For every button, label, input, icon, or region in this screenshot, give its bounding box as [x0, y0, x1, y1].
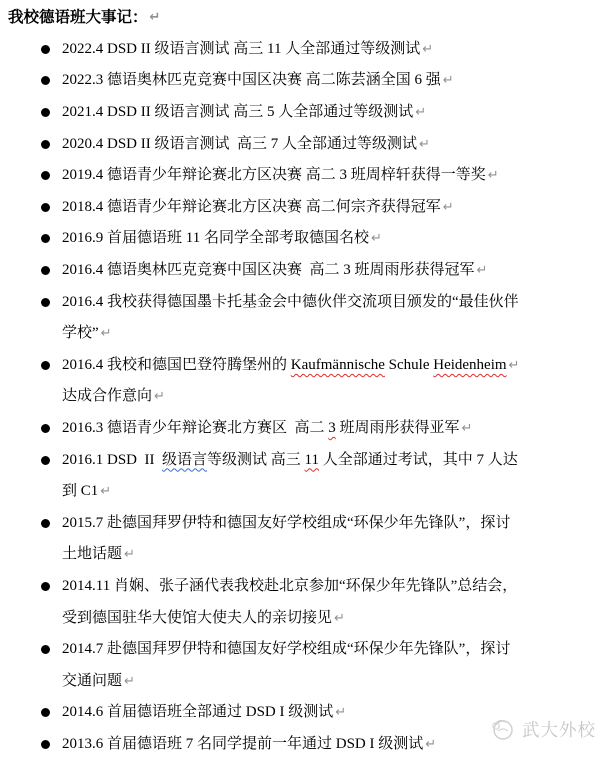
list-item-continuation: 学校”↵ — [0, 318, 609, 350]
flagged-text-run: 3 — [328, 421, 336, 436]
paragraph-mark-icon: ↵ — [425, 738, 436, 751]
list-item: 2016.9 首届德语班 11 名同学全部考取德国名校↵ — [0, 223, 609, 255]
list-item: 2016.4 我校获得德国墨卡托基金会中德伙伴交流项目颁发的“最佳伙伴 — [0, 286, 609, 318]
bullet-icon — [41, 266, 50, 275]
text-run: 2014.6 首届德语班全部通过 DSD I 级测试 — [62, 705, 333, 720]
list-item: 2016.4 我校和德国巴登符腾堡州的 Kaufmännische Schule… — [0, 350, 609, 382]
bullet-icon — [41, 45, 50, 54]
list-item-continuation: 土地话题↵ — [0, 539, 609, 571]
text-run: 2018.4 德语青少年辩论赛北方区决赛 高二何宗齐获得冠军 — [62, 200, 441, 215]
bullet-icon — [41, 708, 50, 717]
text-run: 达成合作意向 — [62, 389, 152, 404]
bullet-icon — [41, 519, 50, 528]
bullet-icon — [41, 76, 50, 85]
text-run: 2014.7 赴德国拜罗伊特和德国友好学校组成“环保少年先锋队”，探讨 — [62, 642, 510, 657]
flagged-text-run: Kaufmännische — [291, 358, 385, 373]
paragraph-mark-icon: ↵ — [443, 74, 454, 87]
bullet-icon — [41, 171, 50, 180]
list-item: 2019.4 德语青少年辩论赛北方区决赛 高二 3 班周梓轩获得一等奖↵ — [0, 160, 609, 192]
text-run: 等级测试 高三 — [207, 453, 305, 468]
text-run: 2016.4 德语奥林匹克竞赛中国区决赛 高二 3 班周雨彤获得冠军 — [62, 263, 475, 278]
text-run: 2014.11 肖娴、张子涵代表我校赴北京参加“环保少年先锋队”总结会， — [62, 579, 517, 594]
bullet-icon — [41, 140, 50, 149]
paragraph-mark-icon: ↵ — [124, 548, 135, 561]
paragraph-mark-icon: ↵ — [422, 43, 433, 56]
text-run: 班周雨彤获得亚军 — [336, 421, 460, 436]
list-item: 2014.11 肖娴、张子涵代表我校赴北京参加“环保少年先锋队”总结会， — [0, 571, 609, 603]
text-run: 土地话题 — [62, 547, 122, 562]
text-run: 2022.3 德语奥林匹克竞赛中国区决赛 高二陈芸涵全国 6 强 — [62, 73, 441, 88]
paragraph-mark-icon: ↵ — [371, 232, 382, 245]
school-logo-icon — [487, 714, 517, 744]
paragraph-mark-icon: ↵ — [154, 390, 165, 403]
text-run: 2019.4 德语青少年辩论赛北方区决赛 高二 3 班周梓轩获得一等奖 — [62, 168, 486, 183]
watermark: 武大外校 — [487, 714, 596, 744]
watermark-text: 武大外校 — [522, 717, 596, 742]
list-item-continuation: 到 C1↵ — [0, 476, 609, 508]
list-item: 2016.4 德语奥林匹克竞赛中国区决赛 高二 3 班周雨彤获得冠军↵ — [0, 255, 609, 287]
list-item: 2014.7 赴德国拜罗伊特和德国友好学校组成“环保少年先锋队”，探讨 — [0, 634, 609, 666]
bullet-icon — [41, 234, 50, 243]
bullet-icon — [41, 645, 50, 654]
paragraph-mark-icon: ↵ — [509, 359, 520, 372]
text-run: 到 C1 — [62, 484, 98, 499]
paragraph-mark-icon: ↵ — [477, 264, 488, 277]
text-run: Schule — [385, 358, 433, 373]
document-body[interactable]: 我校德语班大事记：↵2022.4 DSD II 级语言测试 高三 11 人全部通… — [0, 0, 609, 761]
text-run: 2020.4 DSD II 级语言测试 高三 7 人全部通过等级测试 — [62, 137, 417, 152]
list-item: 2021.4 DSD II 级语言测试 高三 5 人全部通过等级测试↵ — [0, 97, 609, 129]
text-run: 2016.4 我校获得德国墨卡托基金会中德伙伴交流项目颁发的“最佳伙伴 — [62, 295, 519, 310]
paragraph-mark-icon: ↵ — [124, 675, 135, 688]
bullet-icon — [41, 203, 50, 212]
text-run: 2021.4 DSD II 级语言测试 高三 5 人全部通过等级测试 — [62, 105, 413, 120]
paragraph-mark-icon: ↵ — [334, 612, 345, 625]
flagged-text-run: Heidenheim — [433, 358, 506, 373]
list-item: 2018.4 德语青少年辩论赛北方区决赛 高二何宗齐获得冠军↵ — [0, 192, 609, 224]
bullet-icon — [41, 108, 50, 117]
paragraph-mark-icon: ↵ — [488, 169, 499, 182]
text-run: 2015.7 赴德国拜罗伊特和德国友好学校组成“环保少年先锋队”，探讨 — [62, 516, 510, 531]
list-item: 2015.7 赴德国拜罗伊特和德国友好学校组成“环保少年先锋队”，探讨 — [0, 508, 609, 540]
bullet-icon — [41, 424, 50, 433]
list-item: 2020.4 DSD II 级语言测试 高三 7 人全部通过等级测试↵ — [0, 128, 609, 160]
paragraph-mark-icon: ↵ — [150, 11, 161, 24]
paragraph-mark-icon: ↵ — [101, 327, 112, 340]
bullet-icon — [41, 456, 50, 465]
list-item: 2022.4 DSD II 级语言测试 高三 11 人全部通过等级测试↵ — [0, 34, 609, 66]
paragraph-mark-icon: ↵ — [335, 706, 346, 719]
list-item-continuation: 受到德国驻华大使馆大使夫人的亲切接见↵ — [0, 602, 609, 634]
list-item: 2016.3 德语青少年辩论赛北方赛区 高二 3 班周雨彤获得亚军↵ — [0, 413, 609, 445]
text-run: 我校德语班大事记： — [8, 10, 148, 26]
text-run: 交通问题 — [62, 674, 122, 689]
text-run: 2016.4 我校和德国巴登符腾堡州的 — [62, 358, 291, 373]
bullet-icon — [41, 298, 50, 307]
flagged-text-run: 11 — [305, 453, 319, 468]
text-run: 2016.9 首届德语班 11 名同学全部考取德国名校 — [62, 231, 369, 246]
text-run: 2013.6 首届德语班 7 名同学提前一年通过 DSD I 级测试 — [62, 737, 423, 752]
paragraph-mark-icon: ↵ — [462, 422, 473, 435]
text-run: 学校” — [62, 326, 99, 341]
paragraph-mark-icon: ↵ — [415, 106, 426, 119]
document-title: 我校德语班大事记：↵ — [0, 2, 609, 34]
text-run: 2022.4 DSD II 级语言测试 高三 11 人全部通过等级测试 — [62, 42, 420, 57]
bullet-icon — [41, 740, 50, 749]
text-run: 受到德国驻华大使馆大使夫人的亲切接见 — [62, 611, 332, 626]
paragraph-mark-icon: ↵ — [443, 201, 454, 214]
text-run: 2016.1 DSD II — [62, 453, 162, 468]
list-item: 2016.1 DSD II 级语言等级测试 高三 11 人全部通过考试，其中 7… — [0, 444, 609, 476]
flagged-text-run: 级语言 — [162, 453, 207, 468]
bullet-icon — [41, 582, 50, 591]
bullet-icon — [41, 361, 50, 370]
text-run: 人全部通过考试，其中 7 人达 — [319, 453, 518, 468]
list-item: 2022.3 德语奥林匹克竞赛中国区决赛 高二陈芸涵全国 6 强↵ — [0, 65, 609, 97]
paragraph-mark-icon: ↵ — [100, 485, 111, 498]
text-run: 2016.3 德语青少年辩论赛北方赛区 高二 — [62, 421, 328, 436]
list-item-continuation: 达成合作意向↵ — [0, 381, 609, 413]
list-item-continuation: 交通问题↵ — [0, 665, 609, 697]
paragraph-mark-icon: ↵ — [419, 138, 430, 151]
